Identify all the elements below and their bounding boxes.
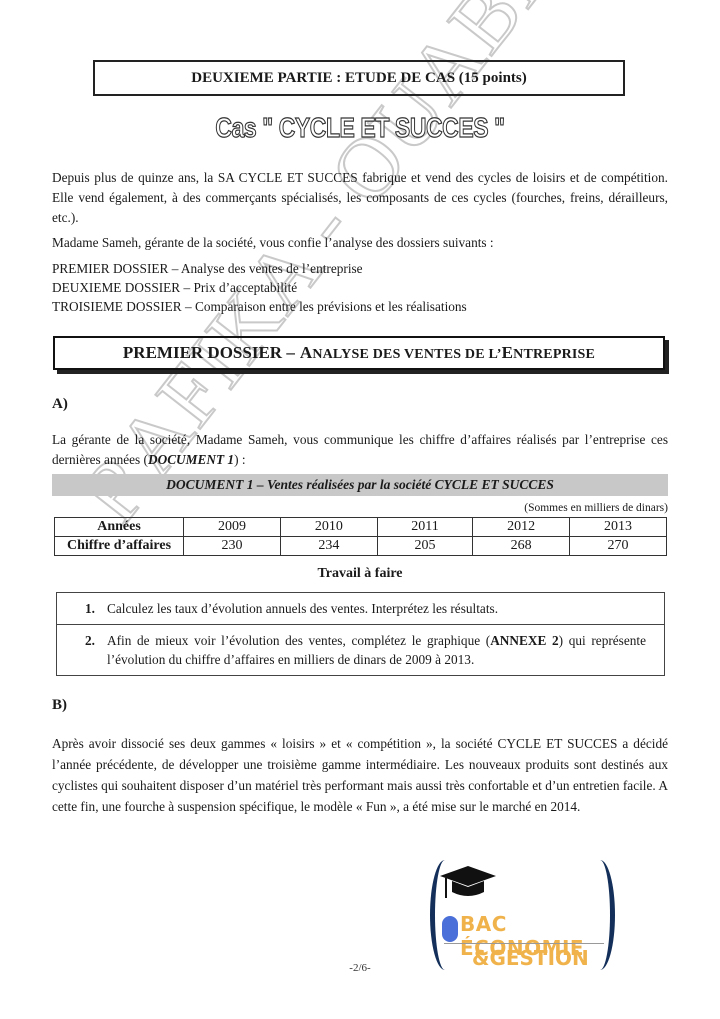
revenue-cell: 234 — [280, 537, 377, 556]
revenue-table: Années 2009 2010 2011 2012 2013 Chiffre … — [54, 517, 667, 556]
task-number: 1. — [85, 599, 107, 618]
year-cell: 2009 — [184, 518, 281, 537]
table-row: Années 2009 2010 2011 2012 2013 — [55, 518, 667, 537]
year-cell: 2011 — [377, 518, 472, 537]
table-row: Chiffre d’affaires 230 234 205 268 270 — [55, 537, 667, 556]
document-1-title: DOCUMENT 1 – Ventes réalisées par la soc… — [52, 474, 668, 496]
dossier-1-title-main: PREMIER DOSSIER – — [123, 343, 295, 363]
units-note: (Sommes en milliers de dinars) — [524, 502, 668, 514]
year-cell: 2013 — [570, 518, 667, 537]
task-item: 2. Afin de mieux voir l’évolution des ve… — [57, 624, 664, 675]
case-title: Cas " CYCLE ET SUCCES " — [65, 112, 655, 144]
page-number: -2/6- — [0, 962, 720, 974]
dossier-item: PREMIER DOSSIER – Analyse des ventes de … — [52, 259, 467, 278]
dossier-item: TROISIEME DOSSIER – Comparaison entre le… — [52, 297, 467, 316]
logo-divider — [444, 943, 604, 944]
row-header: Chiffre d’affaires — [55, 537, 184, 556]
intro-paragraph-2: Madame Sameh, gérante de la société, vou… — [52, 233, 668, 253]
section-b-label: B) — [52, 697, 67, 714]
section-a-paragraph: La gérante de la société, Madame Sameh, … — [52, 430, 668, 470]
bac-economie-logo: BAC ÉCONOMIE &GESTION — [430, 850, 615, 980]
dossier-item: DEUXIEME DOSSIER – Prix d’acceptabilité — [52, 278, 467, 297]
task-number: 2. — [85, 631, 107, 669]
part-title: DEUXIEME PARTIE : ETUDE DE CAS (15 point… — [191, 70, 527, 87]
revenue-cell: 270 — [570, 537, 667, 556]
part-title-box: DEUXIEME PARTIE : ETUDE DE CAS (15 point… — [93, 60, 625, 96]
task-text: Calculez les taux d’évolution annuels de… — [107, 599, 646, 618]
dossier-1-heading: PREMIER DOSSIER – ANALYSE DES VENTES DE … — [53, 336, 665, 370]
year-cell: 2010 — [280, 518, 377, 537]
section-b-paragraph: Après avoir dissocié ses deux gammes « l… — [52, 733, 668, 817]
task-box: 1. Calculez les taux d’évolution annuels… — [56, 592, 665, 676]
row-header: Années — [55, 518, 184, 537]
graduation-cap-icon — [438, 864, 498, 904]
work-title: Travail à faire — [0, 566, 720, 582]
dossier-1-title-rest: ANALYSE DES VENTES DE L’ENTREPRISE — [300, 343, 595, 363]
revenue-cell: 230 — [184, 537, 281, 556]
section-a-label: A) — [52, 396, 68, 413]
revenue-cell: 205 — [377, 537, 472, 556]
year-cell: 2012 — [473, 518, 570, 537]
mouse-icon — [442, 916, 458, 942]
intro-paragraph-1: Depuis plus de quinze ans, la SA CYCLE E… — [52, 168, 668, 228]
revenue-cell: 268 — [473, 537, 570, 556]
task-item: 1. Calculez les taux d’évolution annuels… — [57, 593, 664, 624]
task-text: Afin de mieux voir l’évolution des vente… — [107, 631, 646, 669]
dossier-list: PREMIER DOSSIER – Analyse des ventes de … — [52, 259, 467, 316]
